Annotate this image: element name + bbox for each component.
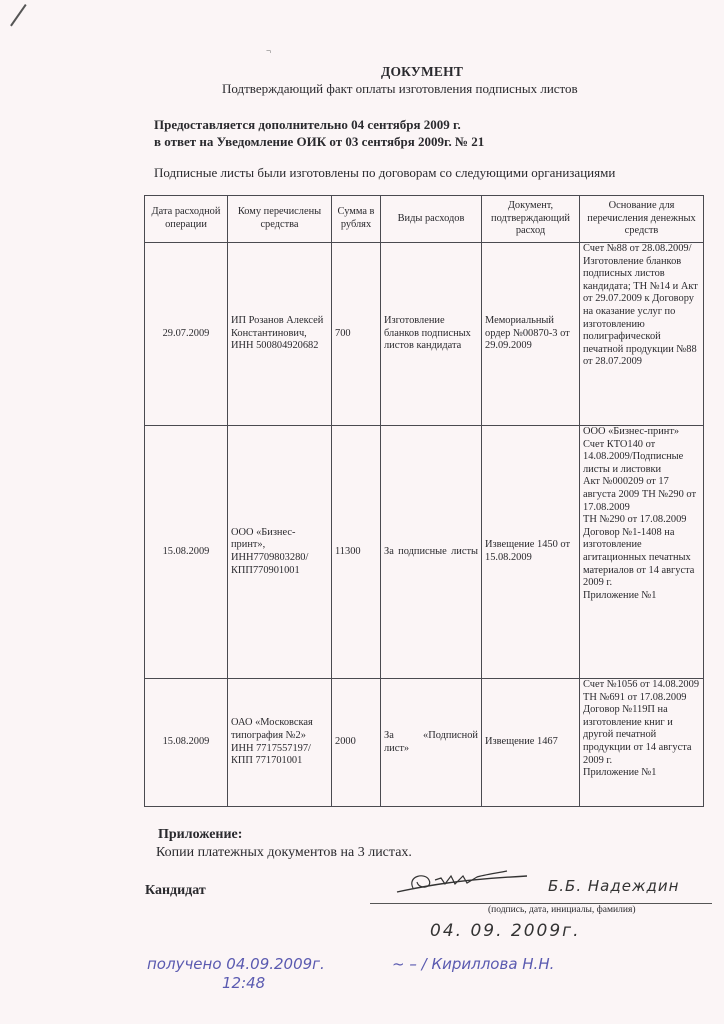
cell-recipient: ООО «Бизнес-принт», ИНН7709803280/ КПП77…	[228, 426, 332, 679]
receipt-initials-scribble: ~ – /	[392, 955, 427, 973]
lead-paragraph: Подписные листы были изготовлены по дого…	[154, 165, 615, 181]
header-date: Дата расходной операции	[145, 196, 228, 243]
table-row: 15.08.2009 ООО «Бизнес-принт», ИНН770980…	[145, 426, 704, 679]
header-amount: Сумма в рублях	[332, 196, 381, 243]
document-title: ДОКУМЕНТ	[0, 64, 724, 80]
cell-document: Извещение 1450 от 15.08.2009	[482, 426, 580, 679]
header-basis: Основание для перечисления денежных сред…	[580, 196, 704, 243]
handwritten-signature	[395, 868, 530, 896]
cell-document: Извещение 1467	[482, 679, 580, 807]
intro-line-2: в ответ на Уведомление ОИК от 03 сентябр…	[154, 133, 484, 150]
intro-line-1: Предоставляется дополнительно 04 сентябр…	[154, 116, 484, 133]
cell-document: Мемориальный ордер №00870-3 от 29.09.200…	[482, 243, 580, 426]
cell-expense-type: За «Подписной лист»	[381, 679, 482, 807]
cell-date: 29.07.2009	[145, 243, 228, 426]
header-expense-type: Виды расходов	[381, 196, 482, 243]
header-recipient: Кому перечислены средства	[228, 196, 332, 243]
cell-basis: Счет №1056 от 14.08.2009 ТН №691 от 17.0…	[580, 679, 704, 807]
cell-recipient: ИП Розанов Алексей Константинович, ИНН 5…	[228, 243, 332, 426]
scanned-document-page: ¬ ДОКУМЕНТ Подтверждающий факт оплаты из…	[0, 0, 724, 1024]
cell-date: 15.08.2009	[145, 426, 228, 679]
table-header-row: Дата расходной операции Кому перечислены…	[145, 196, 704, 243]
handwritten-date: 04. 09. 2009г.	[430, 921, 580, 941]
scan-speck: ¬	[266, 46, 271, 56]
cell-amount: 700	[332, 243, 381, 426]
receipt-line-1: получено 04.09.2009г.	[147, 955, 325, 974]
appendix-text: Копии платежных документов на 3 листах.	[156, 845, 412, 861]
signature-caption: (подпись, дата, инициалы, фамилия)	[488, 905, 635, 915]
cell-amount: 2000	[332, 679, 381, 807]
receipt-time: 12:48	[147, 974, 325, 993]
expenses-table: Дата расходной операции Кому перечислены…	[144, 195, 704, 807]
table-row: 29.07.2009 ИП Розанов Алексей Константин…	[145, 243, 704, 426]
cell-expense-type: Изготовление бланков подписных листов ка…	[381, 243, 482, 426]
cell-expense-type: За подписные листы	[381, 426, 482, 679]
header-document: Документ, подтверждающий расход	[482, 196, 580, 243]
document-subtitle: Подтверждающий факт оплаты изготовления …	[222, 81, 578, 97]
receipt-receiver-name: Кириллова Н.Н.	[431, 955, 554, 973]
signature-line	[370, 903, 712, 904]
table-row: 15.08.2009 ОАО «Московская типография №2…	[145, 679, 704, 807]
cell-amount: 11300	[332, 426, 381, 679]
cell-basis: Счет №88 от 28.08.2009/ Изготовление бла…	[580, 243, 704, 426]
handwritten-name: Б.Б. Надеждин	[548, 877, 679, 895]
signer-role: Кандидат	[145, 883, 206, 899]
pen-stroke-mark	[10, 4, 27, 26]
receipt-received-by: ~ – / Кириллова Н.Н.	[392, 955, 554, 974]
cell-basis: ООО «Бизнес-принт» Счет КТО140 от 14.08.…	[580, 426, 704, 679]
receipt-note: получено 04.09.2009г. 12:48 ~ – / Кирилл…	[147, 955, 325, 993]
cell-recipient: ОАО «Московская типография №2» ИНН 77175…	[228, 679, 332, 807]
intro-block: Предоставляется дополнительно 04 сентябр…	[154, 116, 484, 150]
cell-date: 15.08.2009	[145, 679, 228, 807]
appendix-title: Приложение:	[158, 827, 242, 843]
